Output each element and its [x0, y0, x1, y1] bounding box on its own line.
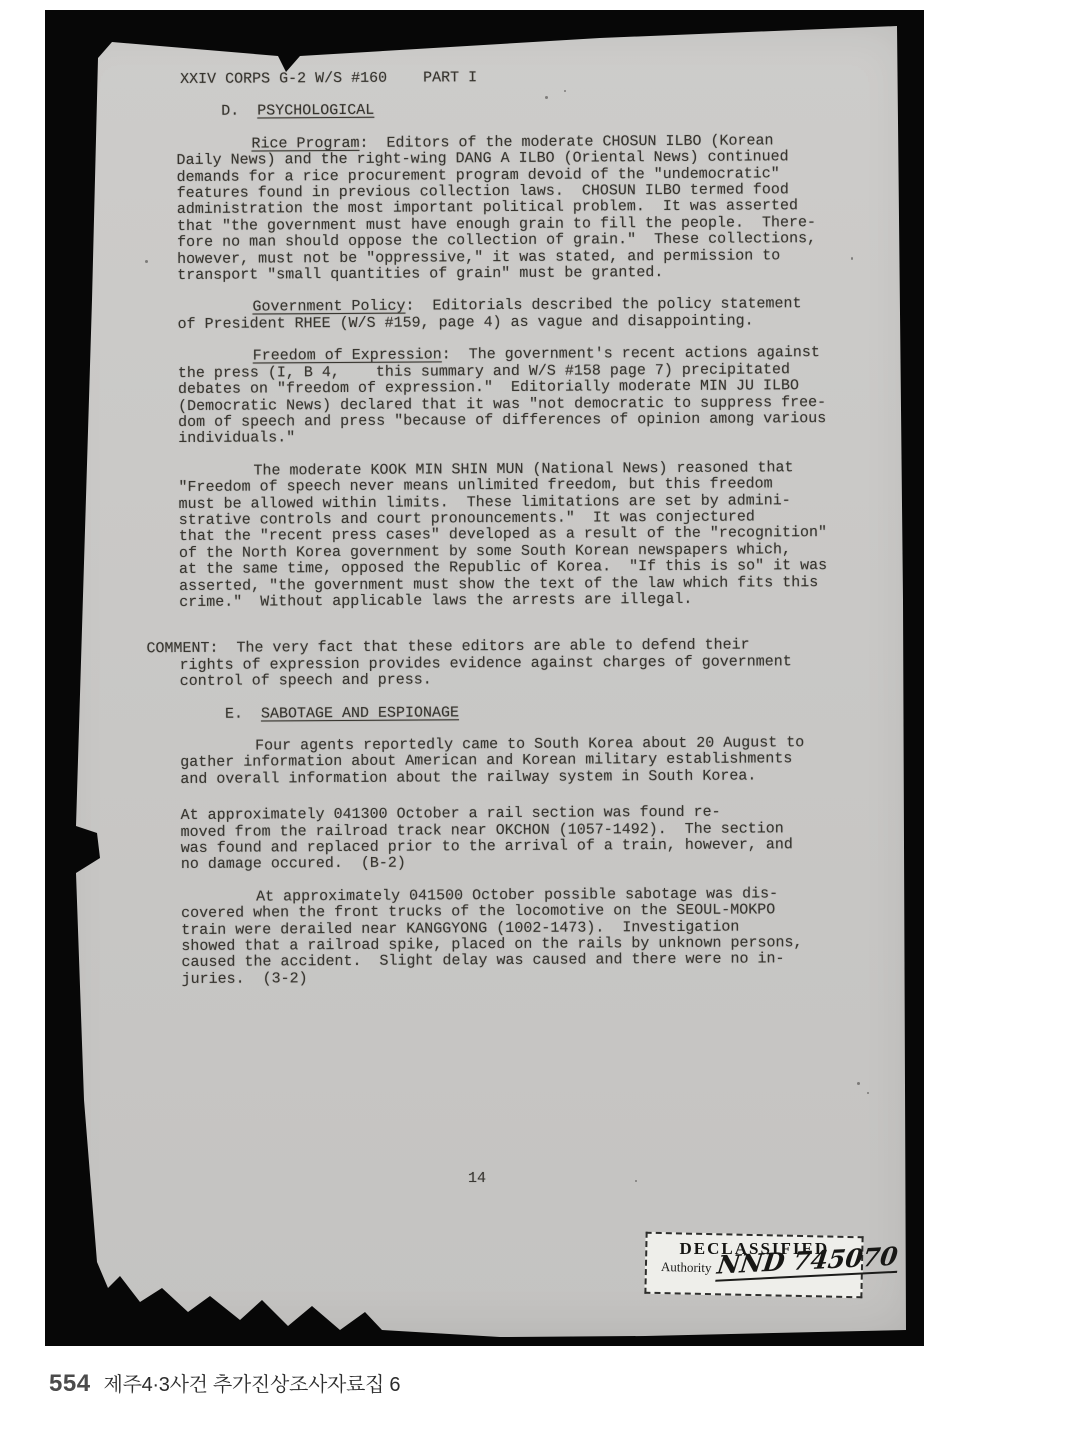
paragraph-lead: Government Policy	[252, 298, 405, 316]
section-heading: D. PSYCHOLOGICAL	[221, 100, 844, 120]
typed-line: crime." Without applicable laws the arre…	[179, 591, 847, 611]
paper-speck	[564, 90, 566, 92]
typed-line: control of speech and press.	[180, 670, 848, 690]
paragraph-lead: Rice Program	[251, 135, 359, 153]
stamp-authority-label: Authority	[661, 1259, 712, 1276]
section-title: PSYCHOLOGICAL	[257, 102, 374, 120]
paper-speck	[635, 1180, 637, 1182]
section-letter: E.	[225, 705, 261, 722]
typed-line: individuals."	[178, 427, 846, 447]
typed-text: XXIV CORPS G-2 W/S #160 PART I D. PSYCHO…	[176, 68, 850, 988]
paragraph: At approximately 041300 October a rail s…	[180, 804, 848, 874]
typed-line: and overall information about the railwa…	[180, 768, 848, 788]
typed-line: juries. (3-2)	[181, 968, 849, 988]
stamp-authority-line: Authority NND 745070	[647, 1257, 862, 1291]
scan-background: XXIV CORPS G-2 W/S #160 PART I D. PSYCHO…	[45, 10, 924, 1346]
section-letter: D.	[221, 103, 257, 120]
paper-speck	[867, 1092, 869, 1094]
paragraph: Government Policy: Editorials described …	[177, 296, 845, 333]
typed-line: of President RHEE (W/S #159, page 4) as …	[177, 313, 845, 333]
book-title: 제주4·3사건 추가진상조사자료집 6	[104, 1368, 401, 1397]
paragraph: Rice Program: Editors of the moderate CH…	[176, 133, 845, 285]
paper-speck	[145, 260, 148, 263]
paragraph: Freedom of Expression: The government's …	[178, 345, 847, 448]
page-number: 14	[468, 1170, 486, 1187]
paragraph: The moderate KOOK MIN SHIN MUN (National…	[178, 460, 847, 612]
typed-line: no damage occured. (B-2)	[181, 853, 849, 873]
paragraph-lead: Freedom of Expression	[253, 347, 442, 365]
paper-speck	[851, 257, 853, 260]
book-page: { "colors":{"scan_background":"#070707",…	[0, 0, 1080, 1439]
scanned-document-page: XXIV CORPS G-2 W/S #160 PART I D. PSYCHO…	[45, 10, 924, 1346]
section-heading: E. SABOTAGE AND ESPIONAGE	[225, 703, 848, 723]
typed-line: transport "small quantities of grain" mu…	[177, 264, 845, 284]
paper-speck	[545, 96, 548, 99]
paper-speck	[857, 1082, 860, 1085]
book-footer-caption: 554 제주4·3사건 추가진상조사자료집 6	[49, 1368, 400, 1398]
document-body: D. PSYCHOLOGICALRice Program: Editors of…	[176, 100, 849, 988]
declassified-stamp: DECLASSIFIED Authority NND 745070	[644, 1232, 863, 1299]
book-page-number: 554	[49, 1370, 91, 1398]
section-title: SABOTAGE AND ESPIONAGE	[261, 704, 459, 722]
paragraph: Four agents reportedly came to South Kor…	[180, 735, 848, 788]
paragraph: COMMENT: The very fact that these editor…	[179, 637, 847, 690]
paragraph: At approximately 041500 October possible…	[181, 886, 850, 989]
document-header: XXIV CORPS G-2 W/S #160 PART I	[180, 68, 844, 88]
